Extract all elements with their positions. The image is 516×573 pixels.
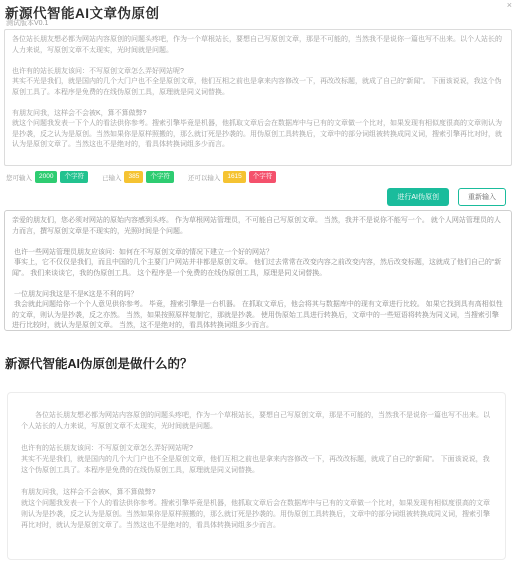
counter-entered-unit-badge: 个字符 — [146, 171, 174, 183]
counter-entered-label: 已输入 — [102, 173, 122, 182]
source-article-input[interactable]: 各位站长朋友想必都为网站内容原创的问题头疼吧，作为一个草根站长，要想自己写原创文… — [4, 29, 512, 166]
counter-entered-value-badge: 385 — [124, 171, 143, 183]
run-ai-rewrite-button[interactable]: 进行AI伪原创 — [387, 188, 449, 206]
version-label: 测试版本V0.1 — [6, 18, 48, 28]
counter-capacity-value-badge: 2000 — [35, 171, 57, 183]
info-section-body: 各位站长朋友想必都为网站内容原创的问题头疼吧，作为一个草根站长，要想自己写原创文… — [7, 392, 506, 560]
counter-remaining-label: 还可以输入 — [188, 173, 221, 182]
reset-input-button[interactable]: 重新输入 — [458, 188, 506, 206]
counter-remaining: 还可以输入 1615 个字符 — [188, 171, 279, 183]
counter-capacity: 您可输入 2000 个字符 — [6, 171, 91, 183]
pseudo-original-tool-page: 新源代智能AI文章伪原创 测试版本V0.1 × 各位站长朋友想必都为网站内容原创… — [0, 0, 516, 573]
info-section-heading: 新源代智能AI伪原创是做什么的？ — [5, 354, 193, 372]
close-icon[interactable]: × — [507, 0, 512, 10]
char-counter-row: 您可输入 2000 个字符 已输入 385 个字符 还可以输入 1615 个字符 — [6, 171, 290, 183]
counter-capacity-unit-badge: 个字符 — [60, 171, 88, 183]
counter-entered: 已输入 385 个字符 — [102, 171, 177, 183]
counter-remaining-unit-badge: 个字符 — [249, 171, 277, 183]
counter-capacity-label: 您可输入 — [6, 173, 32, 182]
counter-remaining-value-badge: 1615 — [223, 171, 245, 183]
action-button-row: 进行AI伪原创 重新输入 — [387, 188, 506, 206]
rewritten-article-output[interactable]: 亲爱的朋友们，您必须对网站的原始内容感到头疼。 作为草根网站管理员，不可能自己写… — [4, 210, 512, 331]
